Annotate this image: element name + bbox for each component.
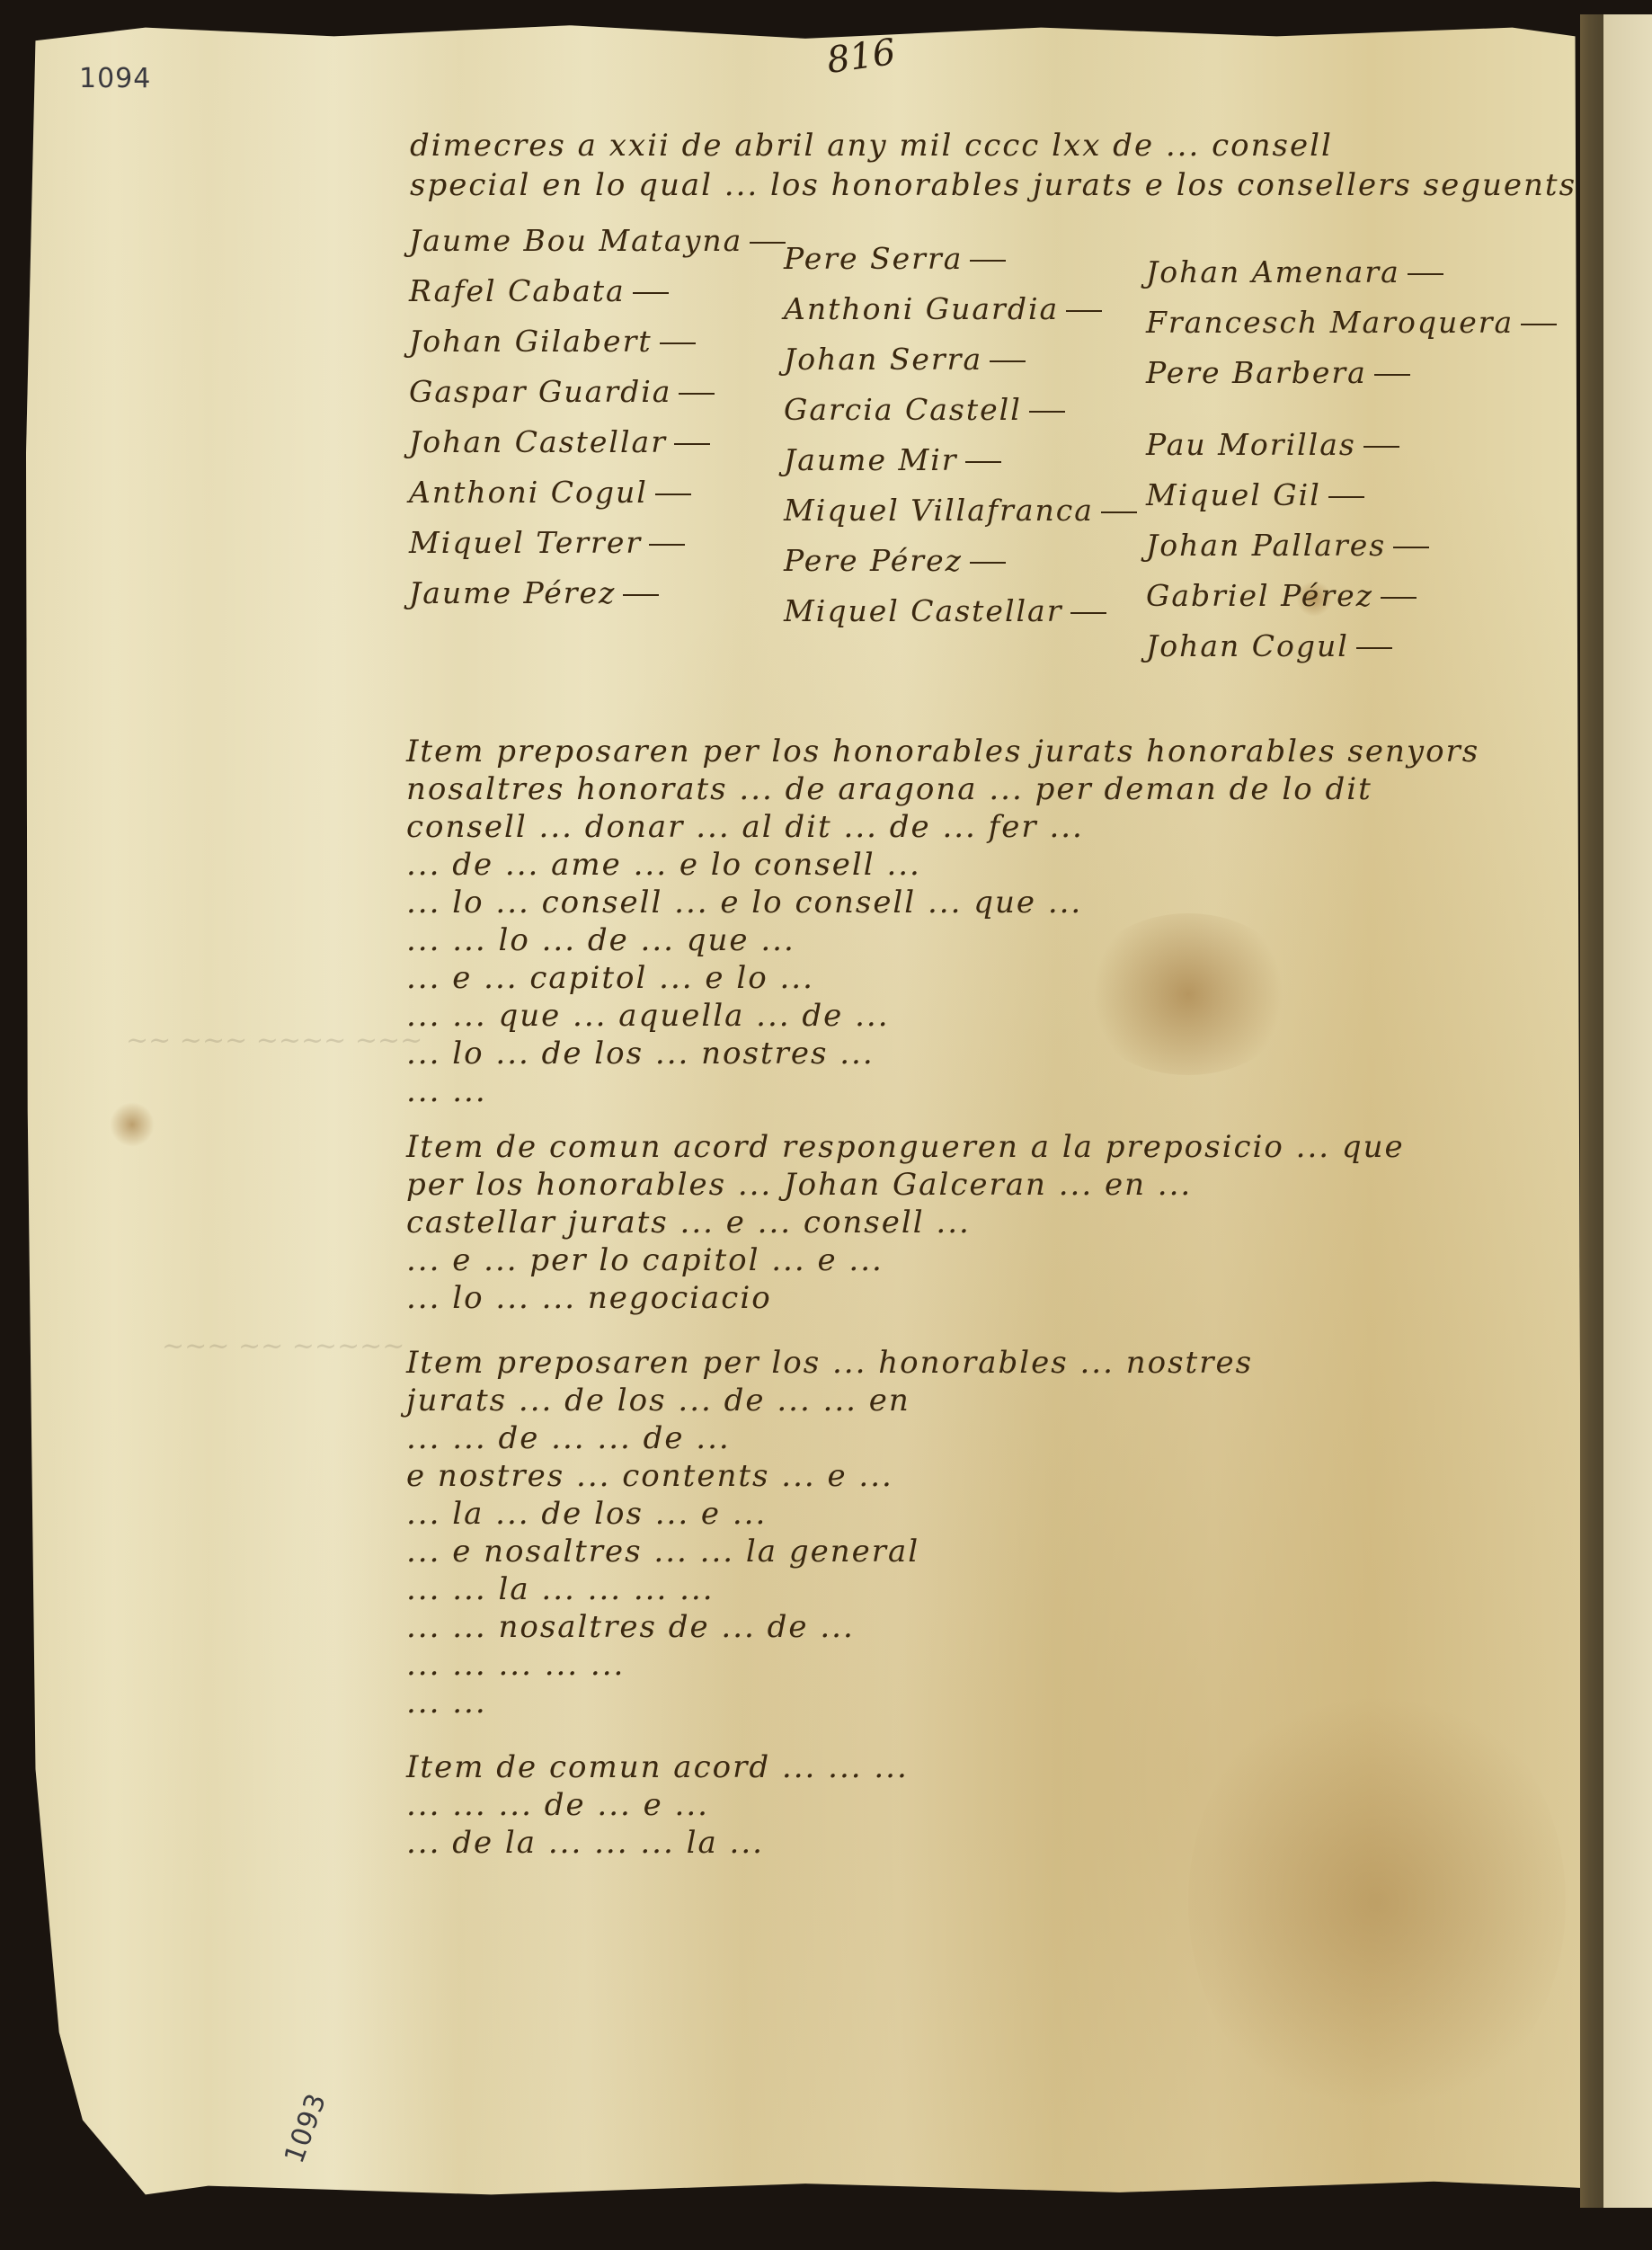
- text-line: ... e ... capitol ... e lo ...: [406, 959, 1485, 997]
- text-line: ... ... nosaltres de ... de ...: [406, 1608, 1485, 1646]
- attendee-name: Anthoni Guardia: [784, 284, 1137, 334]
- heading-line-2: special en lo qual ... los honorables ju…: [410, 167, 1577, 203]
- attendee-name: Johan Gilabert: [409, 316, 786, 367]
- attendee-name: Pere Barbera: [1146, 348, 1557, 398]
- text-line: consell ... donar ... al dit ... de ... …: [406, 808, 1485, 846]
- text-line: Item de comun acord ... ... ...: [406, 1748, 1485, 1786]
- attendee-name: Miquel Gil: [1146, 470, 1557, 520]
- minute-paragraph-2: Item de comun acord respongueren a la pr…: [406, 1128, 1485, 1317]
- attendee-name: Gabriel Pérez: [1146, 571, 1557, 621]
- attendee-name: Miquel Castellar: [784, 586, 1137, 636]
- attendee-name: Pau Morillas: [1146, 420, 1557, 470]
- attendee-name: Pere Pérez: [784, 536, 1137, 586]
- text-line: ... e nosaltres ... ... la general: [406, 1533, 1485, 1570]
- attendee-name: Gaspar Guardia: [409, 367, 786, 417]
- text-line: castellar jurats ... e ... consell ...: [406, 1204, 1485, 1241]
- minute-paragraph-1: Item preposaren per los honorables jurat…: [406, 733, 1485, 1110]
- attendee-name: Johan Pallares: [1146, 520, 1557, 571]
- bleed-through-text: ~~ ~~~ ~~~~ ~~~: [126, 1025, 422, 1056]
- text-line: ... lo ... ... negociacio: [406, 1279, 1485, 1317]
- text-line: Item de comun acord respongueren a la pr…: [406, 1128, 1485, 1166]
- attendee-name: Johan Serra: [784, 334, 1137, 385]
- water-stain: [1188, 1677, 1566, 2127]
- binding-gutter: [1580, 14, 1603, 2208]
- attendee-name: Miquel Villafranca: [784, 485, 1137, 536]
- text-line: Item preposaren per los honorables jurat…: [406, 733, 1485, 770]
- text-line: per los honorables ... Johan Galceran ..…: [406, 1166, 1485, 1204]
- attendee-name: Jaume Pérez: [409, 568, 786, 618]
- attendee-name: Johan Cogul: [1146, 621, 1557, 671]
- text-line: ... ... la ... ... ... ...: [406, 1570, 1485, 1608]
- text-line: e nostres ... contents ... e ...: [406, 1457, 1485, 1495]
- attendee-name: Francesch Maroquera: [1146, 298, 1557, 348]
- attendee-name: Pere Serra: [784, 234, 1137, 284]
- attendee-name: Anthoni Cogul: [409, 467, 786, 518]
- text-line: ... ... lo ... de ... que ...: [406, 921, 1485, 959]
- archive-number-top: 1094: [79, 63, 151, 94]
- text-line: ... la ... de los ... e ...: [406, 1495, 1485, 1533]
- attendee-name: Jaume Bou Matayna: [409, 216, 786, 266]
- text-line: ... e ... per lo capitol ... e ...: [406, 1241, 1485, 1279]
- text-line: ... ...: [406, 1684, 1485, 1721]
- attendee-name: Johan Castellar: [409, 417, 786, 467]
- heading-line-1: dimecres a xxii de abril any mil cccc lx…: [410, 128, 1333, 164]
- text-line: ... ... ... de ... e ...: [406, 1786, 1485, 1824]
- text-line: ... ... de ... ... de ...: [406, 1419, 1485, 1457]
- ink-spot: [110, 1102, 155, 1147]
- bleed-through-text: ~~~ ~~ ~~~~~: [162, 1330, 404, 1362]
- attendee-column-2: Pere Serra Anthoni Guardia Johan Serra G…: [784, 234, 1137, 636]
- attendee-name: Johan Amenara: [1146, 247, 1557, 298]
- minute-paragraph-3: Item preposaren per los ... honorables .…: [406, 1344, 1485, 1721]
- text-line: jurats ... de los ... de ... ... en: [406, 1382, 1485, 1419]
- text-line: ... ... que ... aquella ... de ...: [406, 997, 1485, 1035]
- text-line: ... lo ... de los ... nostres ...: [406, 1035, 1485, 1072]
- minute-paragraph-4: Item de comun acord ... ... ... ... ... …: [406, 1748, 1485, 1862]
- text-line: ... de ... ame ... e lo consell ...: [406, 846, 1485, 884]
- attendee-name: Rafel Cabata: [409, 266, 786, 316]
- text-line: ... ... ... ... ...: [406, 1646, 1485, 1684]
- attendee-name: Jaume Mir: [784, 435, 1137, 485]
- attendee-column-3: Johan Amenara Francesch Maroquera Pere B…: [1146, 247, 1557, 671]
- text-line: ... ...: [406, 1072, 1485, 1110]
- text-line: nosaltres honorats ... de aragona ... pe…: [406, 770, 1485, 808]
- adjacent-leaf-edge: [1603, 14, 1652, 2208]
- text-line: ... de la ... ... ... la ...: [406, 1824, 1485, 1862]
- attendee-name: Miquel Terrer: [409, 518, 786, 568]
- text-line: Item preposaren per los ... honorables .…: [406, 1344, 1485, 1382]
- attendee-column-1: Jaume Bou Matayna Rafel Cabata Johan Gil…: [409, 216, 786, 618]
- text-line: ... lo ... consell ... e lo consell ... …: [406, 884, 1485, 921]
- attendee-name: Garcia Castell: [784, 385, 1137, 435]
